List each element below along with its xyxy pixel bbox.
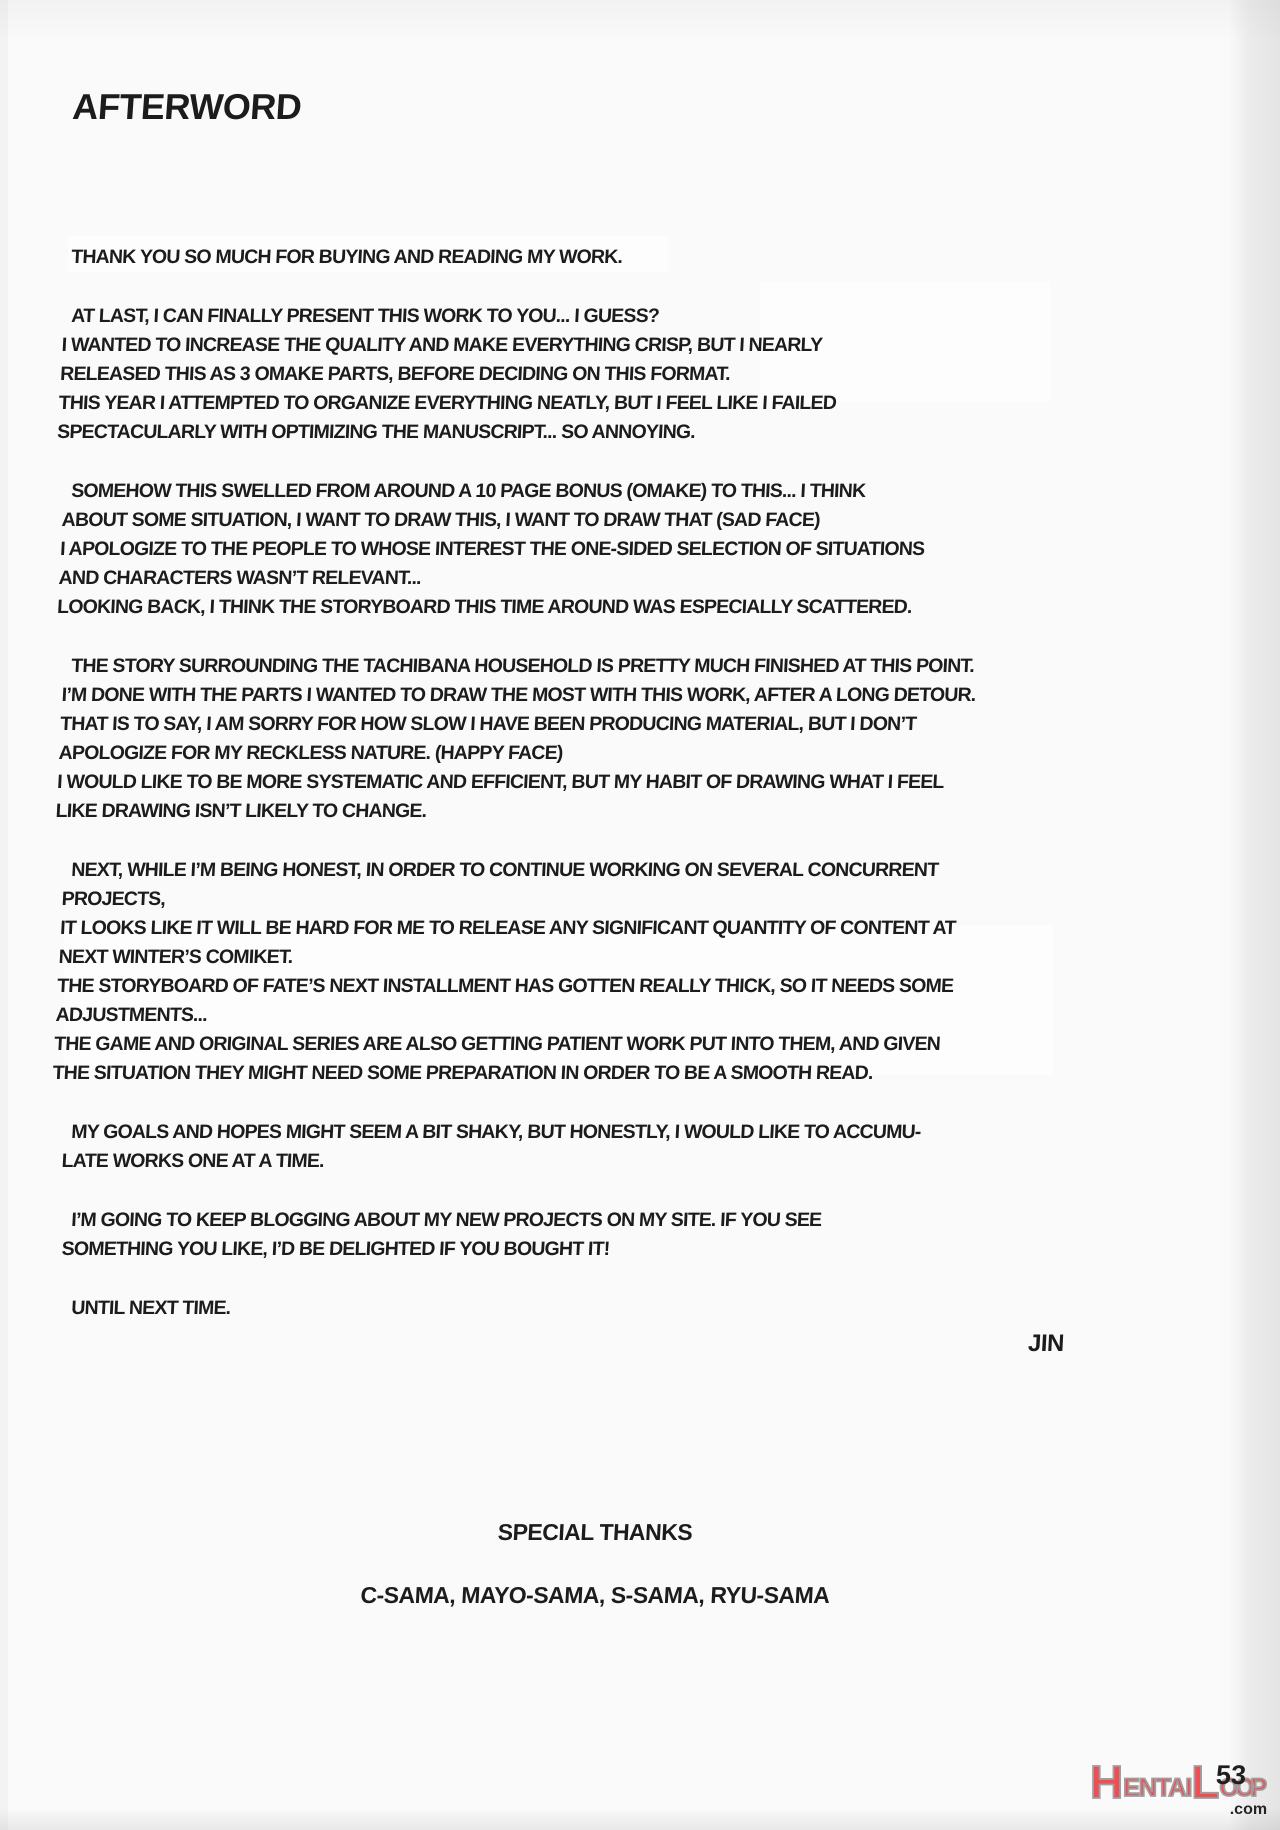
- special-thanks-block: SPECIAL THANKS C-SAMA, MAYO-SAMA, S-SAMA…: [0, 1518, 1190, 1610]
- paragraph-somehow-swelled: SOMEHOW THIS SWELLED FROM AROUND A 10 PA…: [56, 477, 1074, 622]
- special-thanks-names: C-SAMA, MAYO-SAMA, S-SAMA, RYU-SAMA: [0, 1581, 1191, 1610]
- afterword-page: AFTERWORD THANK YOU SO MUCH FOR BUYING A…: [0, 0, 1280, 1830]
- watermark-letter-h: H: [1090, 1764, 1123, 1802]
- page-number: 53: [1215, 1760, 1247, 1791]
- afterword-body: THANK YOU SO MUCH FOR BUYING AND READING…: [64, 243, 1074, 1353]
- paragraph-at-last: AT LAST, I CAN FINALLY PRESENT THIS WORK…: [56, 302, 1074, 447]
- scan-shadow-right: [1228, 0, 1280, 1830]
- page-title: AFTERWORD: [71, 86, 303, 128]
- scan-shadow-bottom: [0, 1808, 1280, 1830]
- scan-shadow-top: [0, 0, 1280, 42]
- author-signature: JIN: [1027, 1330, 1064, 1358]
- watermark-text-entai: ENTAI: [1123, 1776, 1191, 1802]
- paragraph-goals: MY GOALS AND HOPES MIGHT SEEM A BIT SHAK…: [61, 1118, 1074, 1176]
- paragraph-blogging: I’M GOING TO KEEP BLOGGING ABOUT MY NEW …: [61, 1206, 1074, 1264]
- special-thanks-heading: SPECIAL THANKS: [0, 1518, 1191, 1547]
- paragraph-tachibana-household: THE STORY SURROUNDING THE TACHIBANA HOUS…: [55, 652, 1074, 826]
- paragraph-until-next-time: UNTIL NEXT TIME.: [62, 1294, 1074, 1323]
- paragraph-thanks-for-reading: THANK YOU SO MUCH FOR BUYING AND READING…: [62, 243, 1074, 272]
- watermark-dotcom: .com: [1230, 1801, 1267, 1819]
- paragraph-next-projects: NEXT, WHILE I’M BEING HONEST, IN ORDER T…: [52, 856, 1074, 1088]
